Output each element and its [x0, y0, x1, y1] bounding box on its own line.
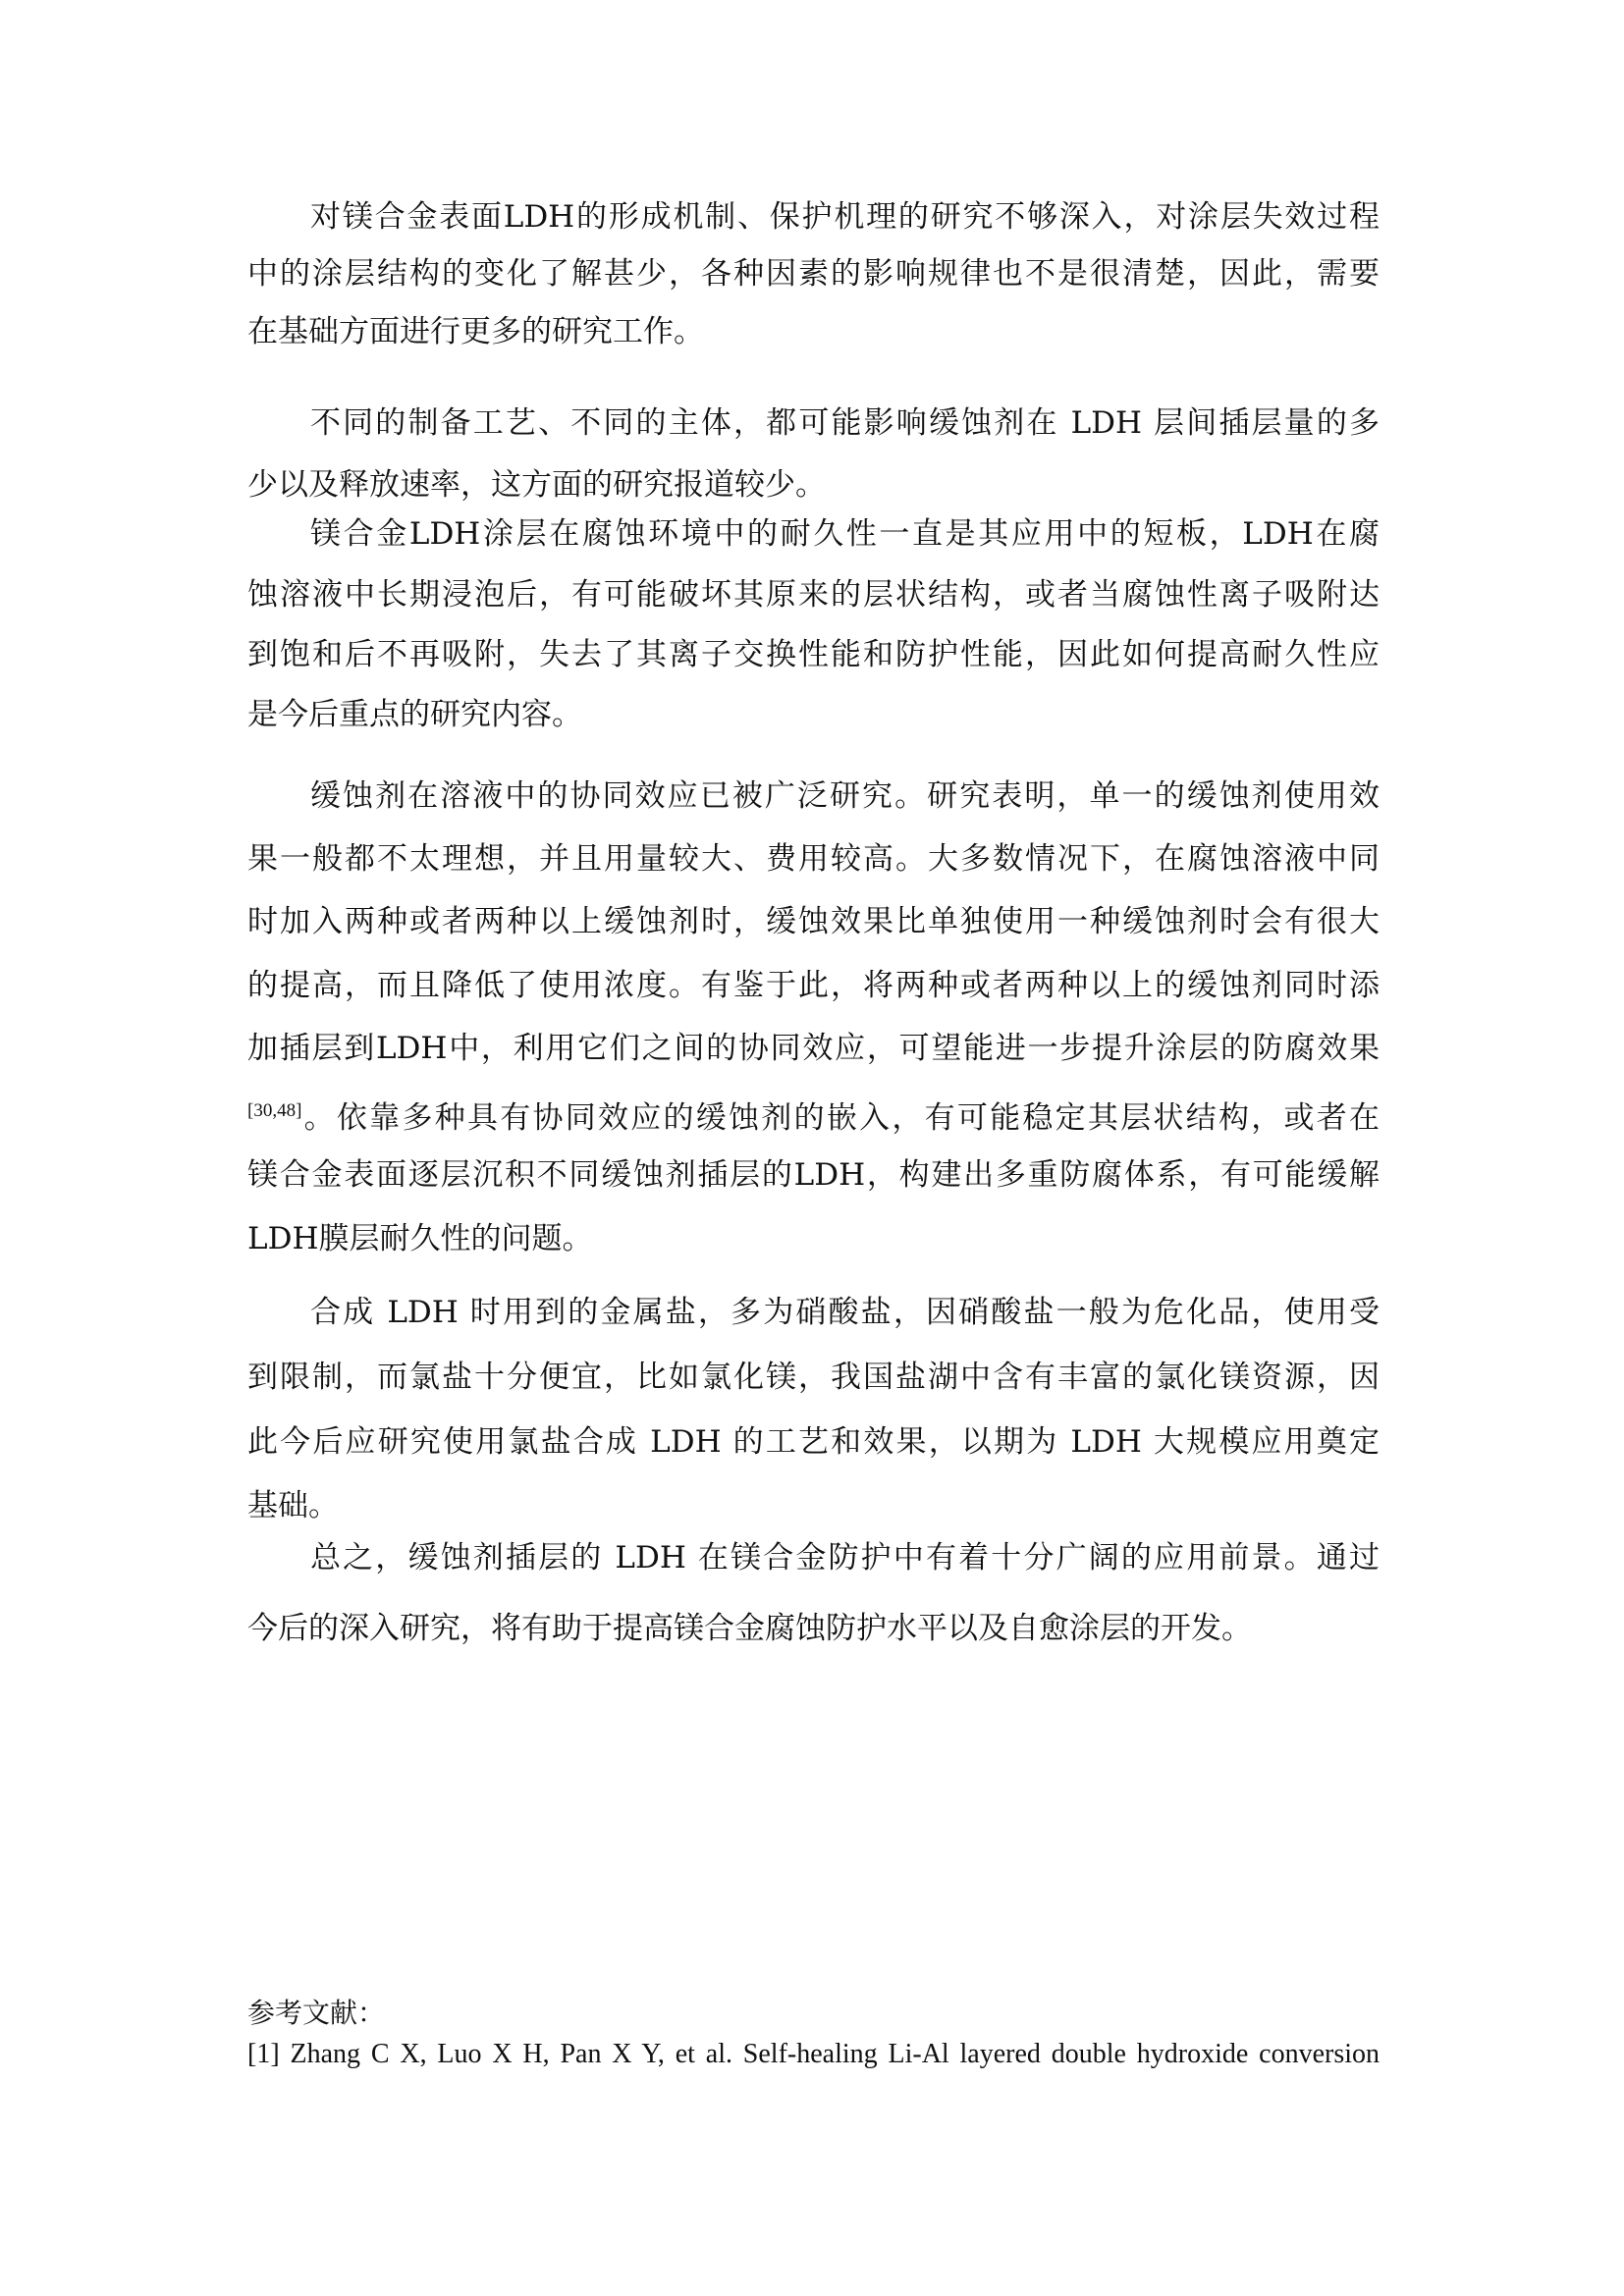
paragraph-5-line-2: 到限制，而氯盐十分便宜，比如氯化镁，我国盐湖中含有丰富的氯化镁资源，因: [247, 1358, 1380, 1397]
paragraph-5-line-4: 基础。: [247, 1486, 1380, 1525]
references-heading: 参考文献：: [247, 1996, 385, 2031]
paragraph-5-line-1: 合成 LDH 时用到的金属盐，多为硝酸盐，因硝酸盐一般为危化品，使用受: [310, 1293, 1380, 1332]
paragraph-5-line-3: 此今后应研究使用氯盐合成 LDH 的工艺和效果，以期为 LDH 大规模应用奠定: [247, 1422, 1380, 1462]
paragraph-3-line-3: 到饱和后不再吸附，失去了其离子交换性能和防护性能，因此如何提高耐久性应: [247, 635, 1380, 674]
paragraph-2-line-2: 少以及释放速率，这方面的研究报道较少。: [247, 465, 1380, 505]
paragraph-4-line-2: 果一般都不太理想，并且用量较大、费用较高。大多数情况下，在腐蚀溶液中同: [247, 839, 1380, 879]
paragraph-4-line-3: 时加入两种或者两种以上缓蚀剂时，缓蚀效果比单独使用一种缓蚀剂时会有很大: [247, 902, 1380, 941]
paragraph-3-line-4: 是今后重点的研究内容。: [247, 695, 1380, 734]
paragraph-3-line-1: 镁合金LDH涂层在腐蚀环境中的耐久性一直是其应用中的短板，LDH在腐: [310, 514, 1380, 554]
paragraph-4-line-5: 加插层到LDH中，利用它们之间的协同效应，可望能进一步提升涂层的防腐效果: [247, 1029, 1380, 1068]
paragraph-4-line-1: 缓蚀剂在溶液中的协同效应已被广泛研究。研究表明，单一的缓蚀剂使用效: [310, 776, 1380, 816]
paragraph-1-line-1: 对镁合金表面LDH的形成机制、保护机理的研究不够深入，对涂层失效过程: [310, 197, 1380, 237]
paragraph-3-line-2: 蚀溶液中长期浸泡后，有可能破坏其原来的层状结构，或者当腐蚀性离子吸附达: [247, 575, 1380, 614]
document-page: 对镁合金表面LDH的形成机制、保护机理的研究不够深入，对涂层失效过程 中的涂层结…: [0, 0, 1624, 2296]
paragraph-6-line-2: 今后的深入研究，将有助于提高镁合金腐蚀防护水平以及自愈涂层的开发。: [247, 1609, 1380, 1648]
paragraph-2-line-1: 不同的制备工艺、不同的主体，都可能影响缓蚀剂在 LDH 层间插层量的多: [310, 403, 1380, 443]
paragraph-4-line-7: 镁合金表面逐层沉积不同缓蚀剂插层的LDH，构建出多重防腐体系，有可能缓解: [247, 1155, 1380, 1195]
reference-item-1: [1] Zhang C X, Luo X H, Pan X Y, et al. …: [247, 2037, 1380, 2072]
paragraph-4-line-6: [30,48]。依靠多种具有协同效应的缓蚀剂的嵌入，有可能稳定其层状结构，或者在: [247, 1092, 1380, 1131]
paragraph-4-line-6-text: 。依靠多种具有协同效应的缓蚀剂的嵌入，有可能稳定其层状结构，或者在: [301, 1100, 1380, 1136]
paragraph-1-line-3: 在基础方面进行更多的研究工作。: [247, 312, 1380, 351]
paragraph-1-line-2: 中的涂层结构的变化了解甚少，各种因素的影响规律也不是很清楚，因此，需要: [247, 254, 1380, 294]
paragraph-6-line-1: 总之，缓蚀剂插层的 LDH 在镁合金防护中有着十分广阔的应用前景。通过: [310, 1538, 1380, 1577]
paragraph-4-line-8: LDH膜层耐久性的问题。: [247, 1219, 1380, 1258]
paragraph-4-line-4: 的提高，而且降低了使用浓度。有鉴于此，将两种或者两种以上的缓蚀剂同时添: [247, 966, 1380, 1005]
citation-superscript: [30,48]: [247, 1100, 301, 1121]
